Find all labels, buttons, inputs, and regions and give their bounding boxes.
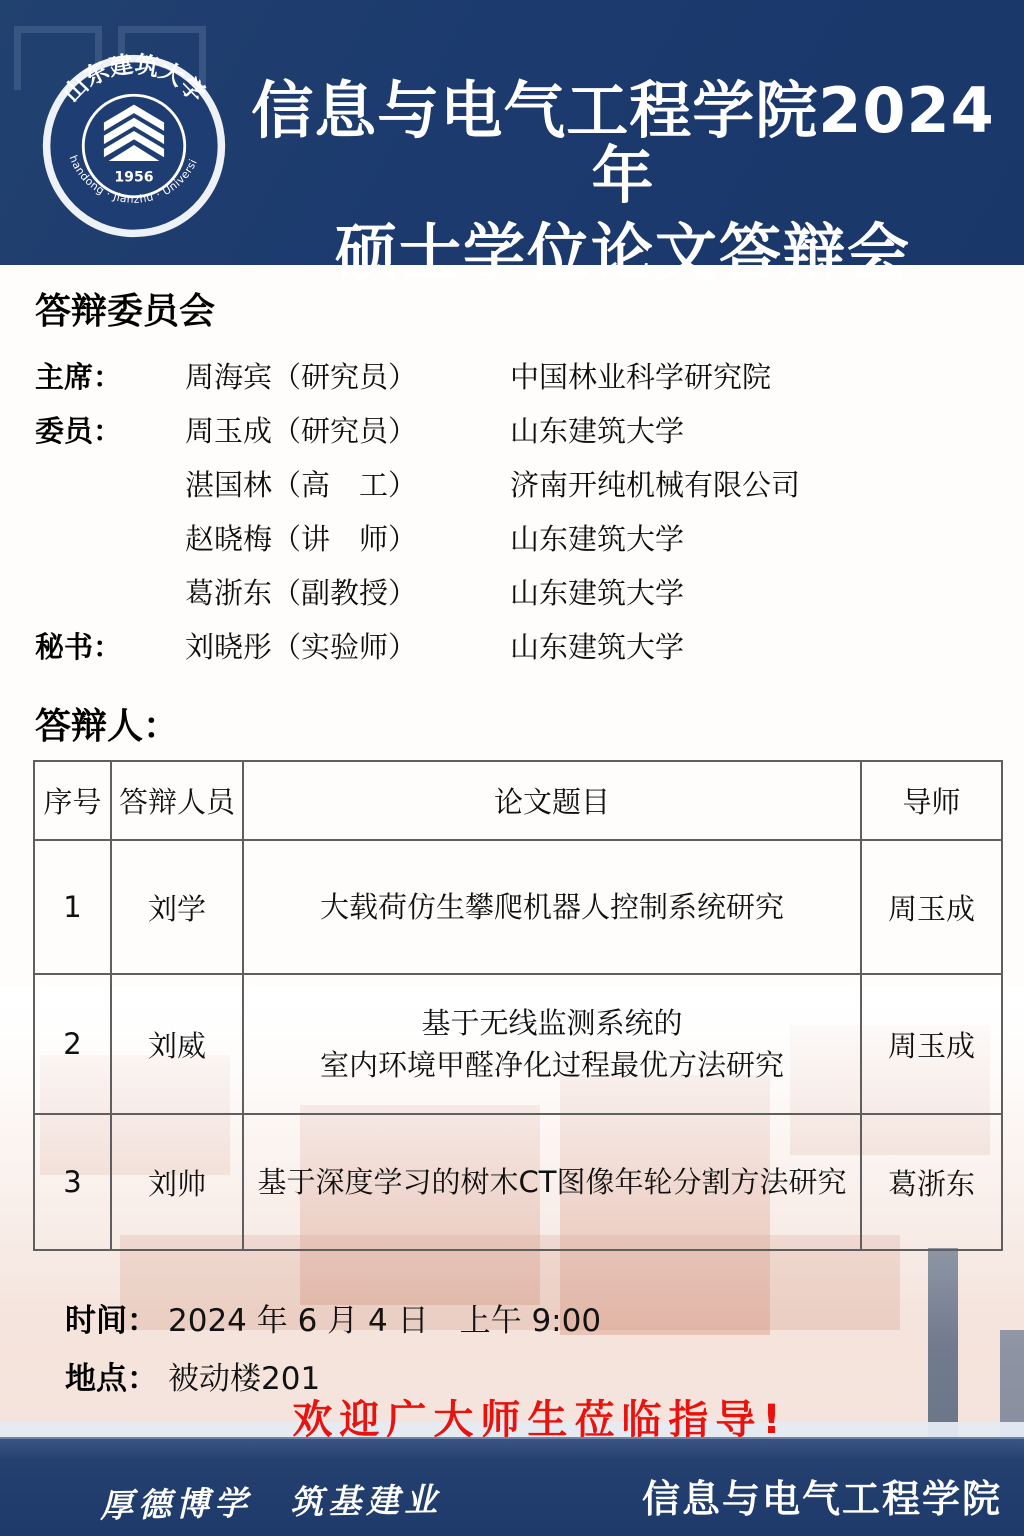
defender-name-cell: 刘学: [111, 840, 243, 974]
committee-role-label: 主席：: [35, 355, 185, 396]
thesis-title-cell: 基于深度学习的树木CT图像年轮分割方法研究: [243, 1114, 861, 1250]
committee-member-name: 赵晓梅（讲 师）: [185, 517, 510, 558]
defenders-heading: 答辩人：: [35, 698, 179, 749]
logo-year: 1956: [114, 170, 153, 186]
thesis-title-line: 基于深度学习的树木CT图像年轮分割方法研究: [250, 1161, 854, 1203]
committee-section: 主席： 周海宾（研究员） 中国林业科学研究院 委员： 周玉成（研究员） 山东建筑…: [35, 348, 995, 672]
table-header-row: 序号 答辩人员 论文题目 导师: [34, 761, 1002, 840]
col-header-thesis-title: 论文题目: [243, 761, 861, 840]
defenders-table: 序号 答辩人员 论文题目 导师 1 刘学 大载荷仿生攀爬机器人控制系统研究 周玉…: [33, 760, 1003, 1251]
thesis-title-line: 大载荷仿生攀爬机器人控制系统研究: [250, 886, 854, 928]
committee-row: 湛国林（高 工） 济南开纯机械有限公司: [35, 456, 995, 510]
college-name: 信息与电气工程学院: [642, 1468, 1002, 1523]
time-label: 时间：: [65, 1303, 158, 1339]
thesis-title-line: 室内环境甲醛净化过程最优方法研究: [250, 1044, 854, 1086]
committee-member-org: 山东建筑大学: [510, 517, 995, 558]
committee-role-label: 秘书：: [35, 625, 185, 666]
advisor-cell: 周玉成: [861, 974, 1002, 1114]
defender-name-cell: 刘帅: [111, 1114, 243, 1250]
col-header-advisor: 导师: [861, 761, 1002, 840]
committee-member-org: 中国林业科学研究院: [510, 355, 995, 396]
university-logo-icon: 山东建筑大学 Shandong · Jianzhu · University 1…: [40, 52, 228, 240]
committee-member-name: 周海宾（研究员）: [185, 355, 510, 396]
committee-member-org: 山东建筑大学: [510, 571, 995, 612]
committee-member-org: 山东建筑大学: [510, 625, 995, 666]
university-motto-calligraphy: 厚德博学 筑基建业: [100, 1474, 443, 1527]
thesis-defense-poster: 山东建筑大学 Shandong · Jianzhu · University 1…: [0, 0, 1024, 1536]
committee-row: 赵晓梅（讲 师） 山东建筑大学: [35, 510, 995, 564]
advisor-cell: 葛浙东: [861, 1114, 1002, 1250]
advisor-cell: 周玉成: [861, 840, 1002, 974]
thesis-title-cell: 基于无线监测系统的 室内环境甲醛净化过程最优方法研究: [243, 974, 861, 1114]
col-header-defender: 答辩人员: [111, 761, 243, 840]
poster-title: 信息与电气工程学院2024年 硕士学位论文答辩会: [232, 78, 1014, 285]
committee-row: 秘书： 刘晓彤（实验师） 山东建筑大学: [35, 618, 995, 672]
seq-cell: 2: [34, 974, 111, 1114]
committee-member-name: 刘晓彤（实验师）: [185, 625, 510, 666]
seq-cell: 3: [34, 1114, 111, 1250]
table-row: 1 刘学 大载荷仿生攀爬机器人控制系统研究 周玉成: [34, 840, 1002, 974]
committee-member-name: 周玉成（研究员）: [185, 409, 510, 450]
committee-member-org: 山东建筑大学: [510, 409, 995, 450]
committee-member-org: 济南开纯机械有限公司: [510, 463, 995, 504]
header-banner: 山东建筑大学 Shandong · Jianzhu · University 1…: [0, 0, 1024, 265]
committee-row: 委员： 周玉成（研究员） 山东建筑大学: [35, 402, 995, 456]
time-row: 时间：2024 年 6 月 4 日 上午 9:00: [65, 1295, 601, 1340]
committee-member-name: 葛浙东（副教授）: [185, 571, 510, 612]
committee-member-name: 湛国林（高 工）: [185, 463, 510, 504]
seq-cell: 1: [34, 840, 111, 974]
time-value: 2024 年 6 月 4 日 上午 9:00: [168, 1303, 601, 1339]
table-row: 2 刘威 基于无线监测系统的 室内环境甲醛净化过程最优方法研究 周玉成: [34, 974, 1002, 1114]
poster-title-line2: 硕士学位论文答辩会: [232, 220, 1014, 285]
thesis-title-line: 基于无线监测系统的: [250, 1002, 854, 1044]
defender-name-cell: 刘威: [111, 974, 243, 1114]
table-row: 3 刘帅 基于深度学习的树木CT图像年轮分割方法研究 葛浙东: [34, 1114, 1002, 1250]
committee-role-label: 委员：: [35, 409, 185, 450]
committee-row: 葛浙东（副教授） 山东建筑大学: [35, 564, 995, 618]
committee-heading: 答辩委员会: [35, 283, 215, 334]
committee-row: 主席： 周海宾（研究员） 中国林业科学研究院: [35, 348, 995, 402]
col-header-seq: 序号: [34, 761, 111, 840]
poster-title-line1: 信息与电气工程学院2024年: [232, 78, 1014, 208]
thesis-title-cell: 大载荷仿生攀爬机器人控制系统研究: [243, 840, 861, 974]
